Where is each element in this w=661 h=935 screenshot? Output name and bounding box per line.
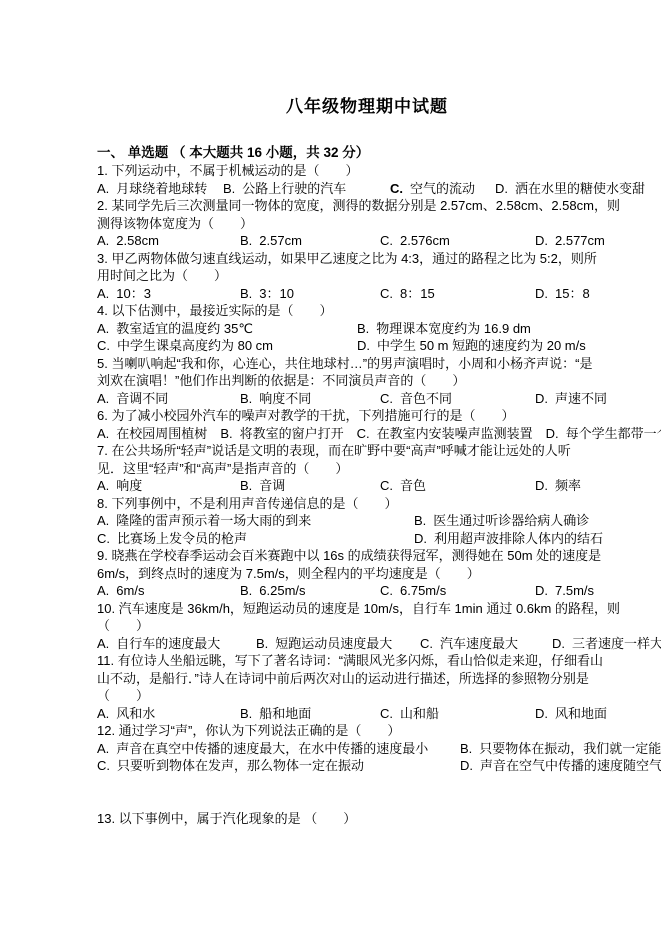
question-7-option-A: A.响度 xyxy=(97,477,240,495)
question-10-stem-line-2: （ ） xyxy=(97,617,661,635)
option-label: C. xyxy=(380,232,393,250)
question-12-option-D: D.声音在空气中传播的速度随空气温度的升高而变大 xyxy=(460,757,661,775)
question-9-option-D: D.7.5m/s xyxy=(535,582,594,600)
question-5-stem-line-2: 刘欢在演唱！”他们作出判断的依据是：不同演员声音的（ ） xyxy=(97,372,661,390)
question-4-option-A: A.教室适宜的温度约 35℃ xyxy=(97,320,357,338)
option-label: B. xyxy=(240,232,252,250)
option-text: 物理课本宽度约为 16.9 dm xyxy=(376,321,531,336)
question-9-option-C: C.6.75m/s xyxy=(380,582,535,600)
option-label: B. xyxy=(223,180,235,198)
option-label: D. xyxy=(535,390,548,408)
question-1-options-row-1: A.月球绕着地球转B.公路上行驶的汽车C.空气的流动D.洒在水里的糖使水变甜 xyxy=(97,180,661,198)
option-text: 6.25m/s xyxy=(259,583,305,598)
question-11-option-A: A.风和水 xyxy=(97,705,240,723)
question-9-stem-line-1: 9. 晓燕在学校春季运动会百米赛跑中以 16s 的成绩获得冠军，测得她在 50m… xyxy=(97,547,661,565)
question-8-option-A: A.隆隆的雷声预示着一场大雨的到来 xyxy=(97,512,414,530)
question-1: 1. 下列运动中，不属于机械运动的是（ ）A.月球绕着地球转B.公路上行驶的汽车… xyxy=(97,162,661,197)
option-text: 2.57cm xyxy=(259,233,302,248)
option-text: 7.5m/s xyxy=(555,583,594,598)
option-label: A. xyxy=(97,512,109,530)
question-4: 4. 以下估测中，最接近实际的是（ ）A.教室适宜的温度约 35℃B.物理课本宽… xyxy=(97,302,661,355)
question-12-options-row-2: C.只要听到物体在发声，那么物体一定在振动D.声音在空气中传播的速度随空气温度的… xyxy=(97,757,661,775)
option-text: 将教室的窗户打开 xyxy=(240,426,344,441)
option-label: C. xyxy=(97,337,110,355)
question-5-options-row-1: A.音调不同B.响度不同C.音色不同D.声速不同 xyxy=(97,390,661,408)
question-3-stem-line-1: 3. 甲乙两物体做匀速直线运动，如果甲乙速度之比为 4:3，通过的路程之比为 5… xyxy=(97,250,661,268)
question-4-options-row-2: C.中学生课桌高度约为 80 cmD.中学生 50 m 短跑的速度约为 20 m… xyxy=(97,337,661,355)
option-label: D. xyxy=(546,425,559,443)
question-10-option-C: C.汽车速度最大 xyxy=(420,635,552,653)
question-6: 6. 为了减小校园外汽车的噪声对教学的干扰，下列措施可行的是（ ）A.在校园周围… xyxy=(97,407,661,442)
question-4-option-C: C.中学生课桌高度约为 80 cm xyxy=(97,337,357,355)
question-2-options-row-1: A.2.58cmB.2.57cmC.2.576cmD.2.577cm xyxy=(97,232,661,250)
question-1-option-C: C.空气的流动 xyxy=(390,180,495,198)
option-label: C. xyxy=(380,705,393,723)
question-8-options-row-2: C.比赛场上发令员的枪声D.利用超声波排除人体内的结石 xyxy=(97,530,661,548)
question-6-options-row-1: A.在校园周围植树B.将教室的窗户打开C.在教室内安装噪声监测装置D.每个学生都… xyxy=(97,425,661,443)
option-label: D. xyxy=(535,232,548,250)
question-6-option-B: B.将教室的窗户打开 xyxy=(220,425,343,443)
question-9-options-row-1: A.6m/sB.6.25m/sC.6.75m/sD.7.5m/s xyxy=(97,582,661,600)
option-text: 利用超声波排除人体内的结石 xyxy=(434,531,603,546)
option-text: 空气的流动 xyxy=(410,181,475,196)
question-9-option-A: A.6m/s xyxy=(97,582,240,600)
question-9-stem-line-2: 6m/s，到终点时的速度为 7.5m/s，则全程内的平均速度是（ ） xyxy=(97,565,661,583)
question-12-option-A: A.声音在真空中传播的速度最大，在水中传播的速度最小 xyxy=(97,740,460,758)
option-text: 声音在真空中传播的速度最大，在水中传播的速度最小 xyxy=(116,741,428,756)
question-6-option-C: C.在教室内安装噪声监测装置 xyxy=(357,425,533,443)
question-7-option-D: D.频率 xyxy=(535,477,581,495)
question-4-option-D: D.中学生 50 m 短跑的速度约为 20 m/s xyxy=(357,337,586,355)
option-label: D. xyxy=(460,757,473,775)
question-3: 3. 甲乙两物体做匀速直线运动，如果甲乙速度之比为 4:3，通过的路程之比为 5… xyxy=(97,250,661,303)
option-text: 10：3 xyxy=(116,286,151,301)
option-label: A. xyxy=(97,285,109,303)
question-5-option-A: A.音调不同 xyxy=(97,390,240,408)
option-label: C. xyxy=(380,477,393,495)
option-text: 声音在空气中传播的速度随空气温度的升高而变大 xyxy=(480,758,661,773)
option-label: D. xyxy=(535,582,548,600)
question-8: 8. 下列事例中，不是利用声音传递信息的是（ ）A.隆隆的雷声预示着一场大雨的到… xyxy=(97,495,661,548)
question-10-option-A: A.自行车的速度最大 xyxy=(97,635,256,653)
question-8-option-D: D.利用超声波排除人体内的结石 xyxy=(414,530,603,548)
question-3-option-B: B.3：10 xyxy=(240,285,380,303)
option-label: D. xyxy=(414,530,427,548)
question-11: 11. 有位诗人坐船远眺，写下了著名诗词：“满眼风光多闪烁，看山恰似走来迎，仔细… xyxy=(97,652,661,722)
option-text: 音色 xyxy=(400,478,426,493)
option-text: 教室适宜的温度约 35℃ xyxy=(116,321,253,336)
option-text: 三者速度一样大 xyxy=(572,636,661,651)
question-8-option-C: C.比赛场上发令员的枪声 xyxy=(97,530,414,548)
option-label: B. xyxy=(240,477,252,495)
option-label: C. xyxy=(380,285,393,303)
option-text: 2.576cm xyxy=(400,233,450,248)
option-text: 山和船 xyxy=(400,706,439,721)
option-text: 音调不同 xyxy=(116,391,168,406)
question-2-stem-line-1: 2. 某同学先后三次测量同一物体的宽度，测得的数据分别是 2.57cm、2.58… xyxy=(97,197,661,215)
option-label: C. xyxy=(357,425,370,443)
option-text: 洒在水里的糖使水变甜 xyxy=(515,181,645,196)
question-11-stem-line-2: 山不动，是船行．”诗人在诗词中前后两次对山的运动进行描述，所选择的参照物分别是 xyxy=(97,670,661,688)
exam-content: 八年级物理期中试题 一、 单选题 （ 本大题共 16 小题，共 32 分） 1.… xyxy=(0,0,661,827)
question-7-stem-line-2: 见．这里“轻声”和“高声”是指声音的（ ） xyxy=(97,460,661,478)
option-text: 中学生课桌高度约为 80 cm xyxy=(117,338,273,353)
option-label: B. xyxy=(357,320,369,338)
question-2-option-B: B.2.57cm xyxy=(240,232,380,250)
option-label: A. xyxy=(97,582,109,600)
option-label: A. xyxy=(97,705,109,723)
question-11-stem-line-1: 11. 有位诗人坐船远眺，写下了著名诗词：“满眼风光多闪烁，看山恰似走来迎，仔细… xyxy=(97,652,661,670)
question-4-options-row-1: A.教室适宜的温度约 35℃B.物理课本宽度约为 16.9 dm xyxy=(97,320,661,338)
option-label: A. xyxy=(97,180,109,198)
question-12-option-B: B.只要物体在振动，我们就一定能够听到声音 xyxy=(460,740,661,758)
question-6-stem-line-1: 6. 为了减小校园外汽车的噪声对教学的干扰，下列措施可行的是（ ） xyxy=(97,407,661,425)
question-7-options-row-1: A.响度B.音调C.音色D.频率 xyxy=(97,477,661,495)
question-7-option-B: B.音调 xyxy=(240,477,380,495)
question-12-options-row-1: A.声音在真空中传播的速度最大，在水中传播的速度最小B.只要物体在振动，我们就一… xyxy=(97,740,661,758)
option-label: B. xyxy=(240,582,252,600)
option-text: 频率 xyxy=(555,478,581,493)
question-3-stem-line-2: 用时间之比为（ ） xyxy=(97,267,661,285)
question-11-stem-line-3: （ ） xyxy=(97,687,661,705)
option-label: C. xyxy=(97,530,110,548)
section-heading: 一、 单选题 （ 本大题共 16 小题，共 32 分） xyxy=(97,144,661,162)
option-text: 中学生 50 m 短跑的速度约为 20 m/s xyxy=(377,338,586,353)
question-2-option-C: C.2.576cm xyxy=(380,232,535,250)
option-label: A. xyxy=(97,320,109,338)
question-10-options-row-1: A.自行车的速度最大B.短跑运动员速度最大C.汽车速度最大D.三者速度一样大 xyxy=(97,635,661,653)
question-8-option-B: B.医生通过听诊器给病人确诊 xyxy=(414,512,589,530)
option-text: 2.577cm xyxy=(555,233,605,248)
question-9: 9. 晓燕在学校春季运动会百米赛跑中以 16s 的成绩获得冠军，测得她在 50m… xyxy=(97,547,661,600)
option-label: D. xyxy=(552,635,565,653)
option-text: 在教室内安装噪声监测装置 xyxy=(377,426,533,441)
question-list: 1. 下列运动中，不属于机械运动的是（ ）A.月球绕着地球转B.公路上行驶的汽车… xyxy=(97,162,661,827)
option-label: A. xyxy=(97,477,109,495)
option-label: A. xyxy=(97,635,109,653)
question-1-option-D: D.洒在水里的糖使水变甜 xyxy=(495,180,645,198)
option-text: 医生通过听诊器给病人确诊 xyxy=(433,513,589,528)
question-13: 13. 以下事例中，属于汽化现象的是 （ ） xyxy=(97,810,661,828)
question-5-option-C: C.音色不同 xyxy=(380,390,535,408)
option-text: 3：10 xyxy=(259,286,294,301)
question-3-option-D: D.15：8 xyxy=(535,285,590,303)
exam-page: 八年级物理期中试题 一、 单选题 （ 本大题共 16 小题，共 32 分） 1.… xyxy=(0,0,661,935)
question-7-stem-line-1: 7. 在公共场所“轻声”说话是文明的表现，而在旷野中要“高声”呼喊才能让远处的人… xyxy=(97,442,661,460)
option-label: B. xyxy=(460,740,472,758)
option-text: 比赛场上发令员的枪声 xyxy=(117,531,247,546)
question-11-option-C: C.山和船 xyxy=(380,705,535,723)
question-10: 10. 汽车速度是 36km/h，短跑运动员的速度是 10m/s，自行车 1mi… xyxy=(97,600,661,653)
question-11-option-D: D.风和地面 xyxy=(535,705,607,723)
option-text: 隆隆的雷声预示着一场大雨的到来 xyxy=(116,513,311,528)
option-label: B. xyxy=(414,512,426,530)
option-text: 船和地面 xyxy=(259,706,311,721)
option-text: 月球绕着地球转 xyxy=(116,181,207,196)
question-8-options-row-1: A.隆隆的雷声预示着一场大雨的到来B.医生通过听诊器给病人确诊 xyxy=(97,512,661,530)
option-label: A. xyxy=(97,740,109,758)
option-label: D. xyxy=(357,337,370,355)
question-2: 2. 某同学先后三次测量同一物体的宽度，测得的数据分别是 2.57cm、2.58… xyxy=(97,197,661,250)
option-text: 6m/s xyxy=(116,583,144,598)
option-label: D. xyxy=(535,705,548,723)
option-label: C. xyxy=(390,180,403,198)
option-label: B. xyxy=(240,285,252,303)
option-text: 8：15 xyxy=(400,286,435,301)
question-3-option-C: C.8：15 xyxy=(380,285,535,303)
option-text: 响度 xyxy=(116,478,142,493)
question-10-stem-line-1: 10. 汽车速度是 36km/h，短跑运动员的速度是 10m/s，自行车 1mi… xyxy=(97,600,661,618)
option-label: B. xyxy=(220,425,232,443)
option-text: 风和水 xyxy=(116,706,155,721)
question-2-option-A: A.2.58cm xyxy=(97,232,240,250)
option-text: 每个学生都带一个防噪声耳罩 xyxy=(566,426,661,441)
question-4-option-B: B.物理课本宽度约为 16.9 dm xyxy=(357,320,531,338)
question-10-option-D: D.三者速度一样大 xyxy=(552,635,661,653)
question-4-stem-line-1: 4. 以下估测中，最接近实际的是（ ） xyxy=(97,302,661,320)
question-3-options-row-1: A.10：3B.3：10C.8：15D.15：8 xyxy=(97,285,661,303)
option-label: C. xyxy=(420,635,433,653)
question-5-option-D: D.声速不同 xyxy=(535,390,607,408)
option-text: 6.75m/s xyxy=(400,583,446,598)
option-text: 在校园周围植树 xyxy=(116,426,207,441)
option-label: A. xyxy=(97,232,109,250)
option-text: 公路上行驶的汽车 xyxy=(242,181,346,196)
question-9-option-B: B.6.25m/s xyxy=(240,582,380,600)
option-label: A. xyxy=(97,390,109,408)
option-text: 音调 xyxy=(259,478,285,493)
question-7: 7. 在公共场所“轻声”说话是文明的表现，而在旷野中要“高声”呼喊才能让远处的人… xyxy=(97,442,661,495)
option-label: D. xyxy=(535,477,548,495)
question-2-stem-line-2: 测得该物体宽度为（ ） xyxy=(97,215,661,233)
page-title: 八年级物理期中试题 xyxy=(97,96,637,118)
question-11-options-row-1: A.风和水B.船和地面C.山和船D.风和地面 xyxy=(97,705,661,723)
question-8-stem-line-1: 8. 下列事例中，不是利用声音传递信息的是（ ） xyxy=(97,495,661,513)
question-12-stem-line-1: 12. 通过学习“声”，你认为下列说法正确的是（ ） xyxy=(97,722,661,740)
option-text: 风和地面 xyxy=(555,706,607,721)
question-5-stem-line-1: 5. 当喇叭响起“我和你，心连心，共住地球村…”的男声演唱时，小周和小杨齐声说：… xyxy=(97,355,661,373)
option-label: A. xyxy=(97,425,109,443)
question-1-stem-line-1: 1. 下列运动中，不属于机械运动的是（ ） xyxy=(97,162,661,180)
option-text: 15：8 xyxy=(555,286,590,301)
option-text: 2.58cm xyxy=(116,233,159,248)
question-3-option-A: A.10：3 xyxy=(97,285,240,303)
question-6-option-D: D.每个学生都带一个防噪声耳罩 xyxy=(546,425,661,443)
question-11-option-B: B.船和地面 xyxy=(240,705,380,723)
option-text: 只要物体在振动，我们就一定能够听到声音 xyxy=(479,741,661,756)
option-label: B. xyxy=(256,635,268,653)
question-1-option-A: A.月球绕着地球转 xyxy=(97,180,223,198)
question-6-option-A: A.在校园周围植树 xyxy=(97,425,207,443)
option-label: C. xyxy=(380,390,393,408)
option-label: D. xyxy=(535,285,548,303)
option-label: D. xyxy=(495,180,508,198)
option-text: 汽车速度最大 xyxy=(440,636,518,651)
option-text: 自行车的速度最大 xyxy=(116,636,220,651)
option-text: 只要听到物体在发声，那么物体一定在振动 xyxy=(117,758,364,773)
question-5: 5. 当喇叭响起“我和你，心连心，共住地球村…”的男声演唱时，小周和小杨齐声说：… xyxy=(97,355,661,408)
option-text: 音色不同 xyxy=(400,391,452,406)
option-label: B. xyxy=(240,390,252,408)
option-text: 响度不同 xyxy=(259,391,311,406)
question-12: 12. 通过学习“声”，你认为下列说法正确的是（ ）A.声音在真空中传播的速度最… xyxy=(97,722,661,775)
question-12-option-C: C.只要听到物体在发声，那么物体一定在振动 xyxy=(97,757,460,775)
question-5-option-B: B.响度不同 xyxy=(240,390,380,408)
question-1-option-B: B.公路上行驶的汽车 xyxy=(223,180,390,198)
question-13-stem-line-1: 13. 以下事例中，属于汽化现象的是 （ ） xyxy=(97,810,661,828)
question-7-option-C: C.音色 xyxy=(380,477,535,495)
option-label: C. xyxy=(380,582,393,600)
option-text: 短跑运动员速度最大 xyxy=(275,636,392,651)
option-label: B. xyxy=(240,705,252,723)
question-10-option-B: B.短跑运动员速度最大 xyxy=(256,635,420,653)
option-text: 声速不同 xyxy=(555,391,607,406)
question-2-option-D: D.2.577cm xyxy=(535,232,605,250)
option-label: C. xyxy=(97,757,110,775)
